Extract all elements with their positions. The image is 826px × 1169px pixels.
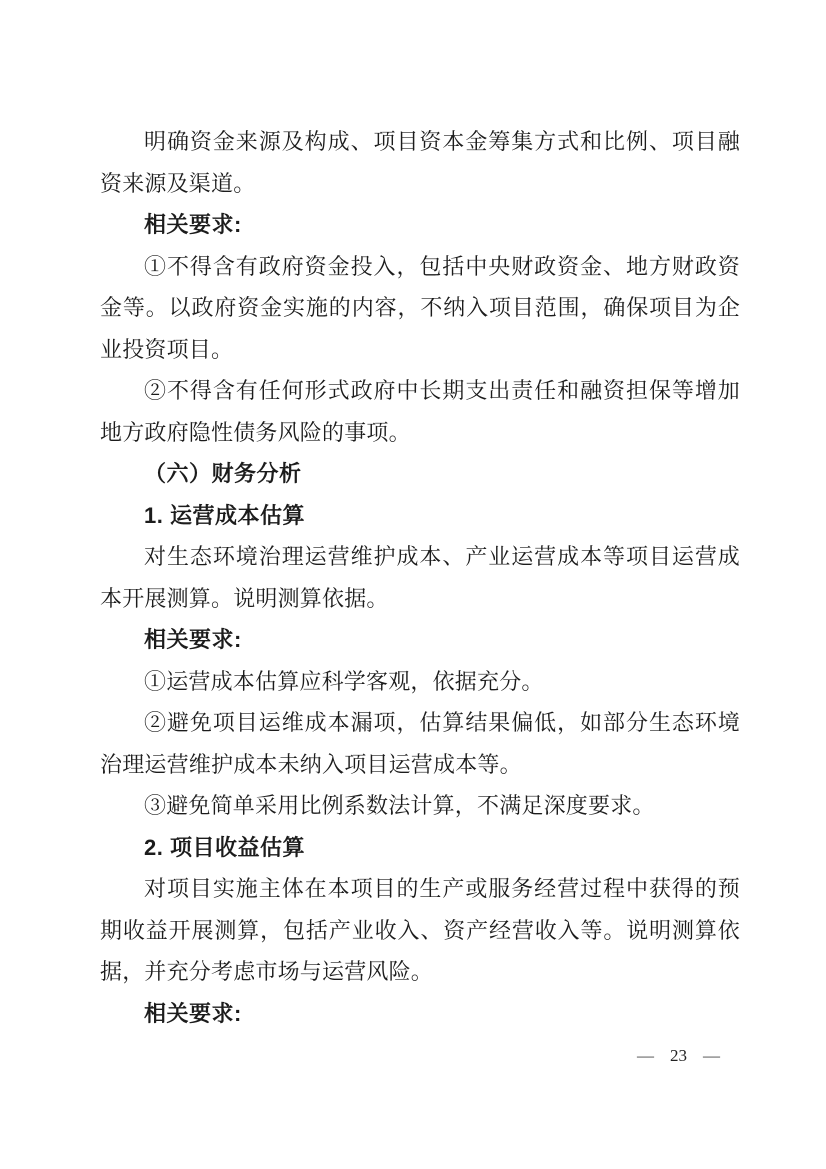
footer-left-dash: — xyxy=(637,1046,654,1066)
para-req1-item2: ②不得含有任何形式政府中长期支出责任和融资担保等增加地方政府隐性债务风险的事项。 xyxy=(100,370,740,453)
heading-section-6-financial-analysis: （六）财务分析 xyxy=(100,453,740,495)
para-req2-item2: ②避免项目运维成本漏项，估算结果偏低，如部分生态环境治理运营维护成本未纳入项目运… xyxy=(100,702,740,785)
heading-2-project-revenue-estimate: 2. 项目收益估算 xyxy=(100,827,740,869)
para-operating-cost: 对生态环境治理运营维护成本、产业运营成本等项目运营成本开展测算。说明测算依据。 xyxy=(100,536,740,619)
footer-right-dash: — xyxy=(703,1046,720,1066)
para-funding-sources: 明确资金来源及构成、项目资本金筹集方式和比例、项目融资来源及渠道。 xyxy=(100,121,740,204)
para-req2-item1: ①运营成本估算应科学客观，依据充分。 xyxy=(100,661,740,703)
document-body: 明确资金来源及构成、项目资本金筹集方式和比例、项目融资来源及渠道。 相关要求: … xyxy=(100,121,740,1034)
para-project-revenue: 对项目实施主体在本项目的生产或服务经营过程中获得的预期收益开展测算，包括产业收入… xyxy=(100,868,740,993)
document-page: 明确资金来源及构成、项目资本金筹集方式和比例、项目融资来源及渠道。 相关要求: … xyxy=(0,0,826,1169)
page-number: —23— xyxy=(637,1046,720,1066)
para-req2-item3: ③避免简单采用比例系数法计算，不满足深度要求。 xyxy=(100,785,740,827)
footer-page-num: 23 xyxy=(670,1046,687,1066)
heading-requirements-1: 相关要求: xyxy=(100,204,740,246)
heading-requirements-2: 相关要求: xyxy=(100,619,740,661)
heading-requirements-3: 相关要求: xyxy=(100,993,740,1035)
heading-1-operating-cost-estimate: 1. 运营成本估算 xyxy=(100,495,740,537)
para-req1-item1: ①不得含有政府资金投入，包括中央财政资金、地方财政资金等。以政府资金实施的内容，… xyxy=(100,246,740,371)
